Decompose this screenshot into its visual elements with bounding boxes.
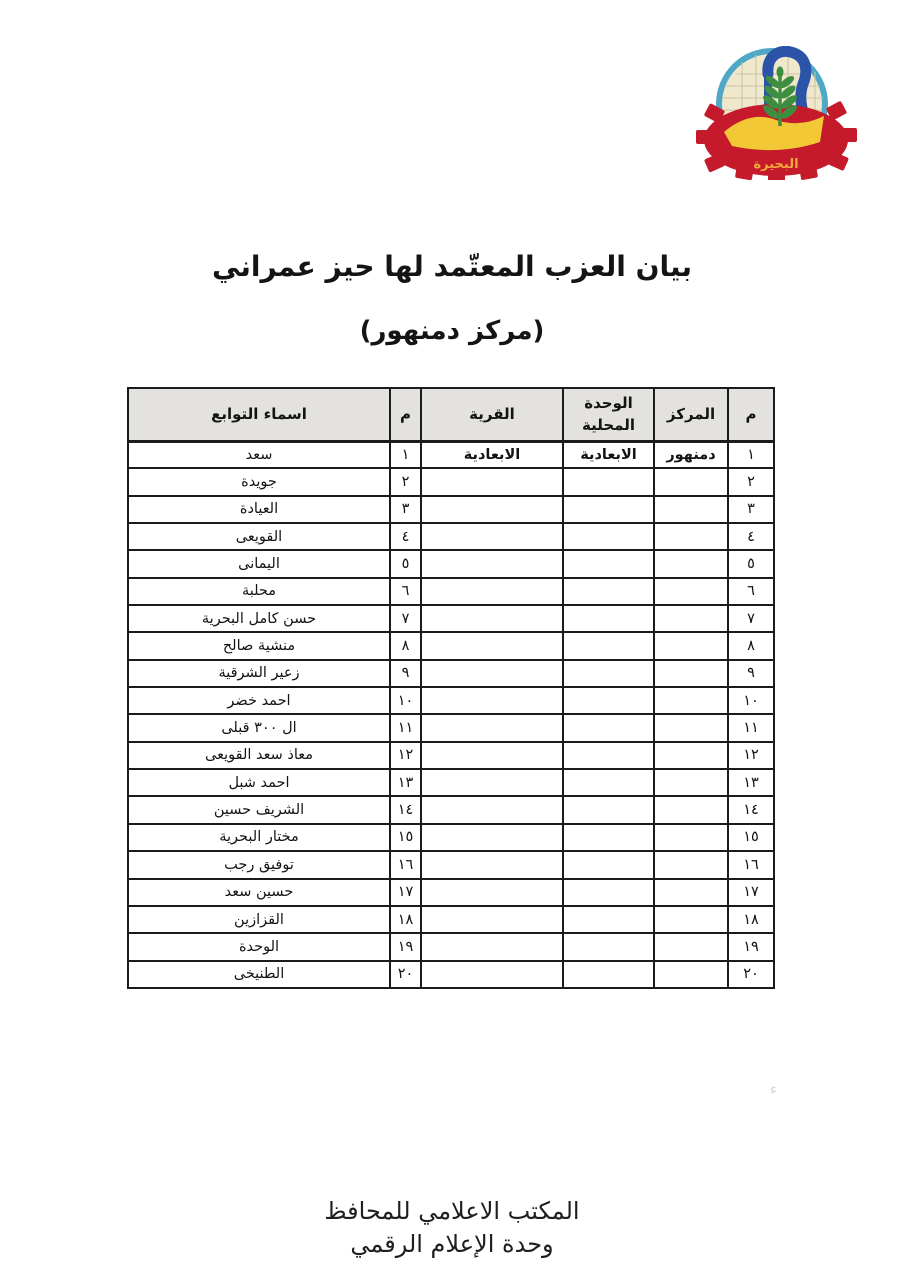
cell-number-2: ٢ [390, 468, 421, 495]
cell-village [421, 496, 563, 523]
table-row: ٣ ٣ العيادة [128, 496, 774, 523]
cell-local-unit [563, 879, 654, 906]
cell-village [421, 933, 563, 960]
cell-center [654, 632, 728, 659]
cell-center [654, 796, 728, 823]
cell-number: ١٩ [728, 933, 774, 960]
table-row: ٦ ٦ محلبة [128, 578, 774, 605]
cell-center [654, 523, 728, 550]
cell-local-unit [563, 632, 654, 659]
document-subtitle: (مركز دمنهور) [0, 316, 904, 346]
cell-village [421, 796, 563, 823]
cell-center [654, 714, 728, 741]
cell-village [421, 687, 563, 714]
table-row: ١ دمنهور الابعادية الابعادية ١ سعد [128, 441, 774, 468]
cell-number: ١٨ [728, 906, 774, 933]
cell-number: ٢ [728, 468, 774, 495]
cell-local-unit [563, 851, 654, 878]
cell-center [654, 687, 728, 714]
cell-village [421, 632, 563, 659]
column-header-dependent-names: اسماء التوابع [128, 388, 390, 441]
table-row: ٢٠ ٢٠ الطنيخى [128, 961, 774, 988]
cell-number-2: ١٥ [390, 824, 421, 851]
cell-local-unit [563, 714, 654, 741]
cell-center: دمنهور [654, 441, 728, 468]
cell-dependent-name: معاذ سعد القويعى [128, 742, 390, 769]
cell-village [421, 605, 563, 632]
cell-number: ٩ [728, 660, 774, 687]
cell-center [654, 578, 728, 605]
cell-dependent-name: الطنيخى [128, 961, 390, 988]
cell-dependent-name: احمد شبل [128, 769, 390, 796]
cell-dependent-name: الوحدة [128, 933, 390, 960]
cell-center [654, 961, 728, 988]
cell-dependent-name: حسين سعد [128, 879, 390, 906]
cell-village [421, 550, 563, 577]
cell-local-unit [563, 523, 654, 550]
cell-village [421, 523, 563, 550]
cell-number: ١٣ [728, 769, 774, 796]
table-row: ١١ ١١ ال ٣٠٠ قبلى [128, 714, 774, 741]
cell-number: ٣ [728, 496, 774, 523]
table-row: ١٥ ١٥ مختار البحرية [128, 824, 774, 851]
cell-local-unit [563, 578, 654, 605]
cell-number-2: ٢٠ [390, 961, 421, 988]
table-row: ١٦ ١٦ توفيق رجب [128, 851, 774, 878]
column-header-village: القرية [421, 388, 563, 441]
cell-number-2: ١٠ [390, 687, 421, 714]
cell-local-unit [563, 824, 654, 851]
table-row: ١٩ ١٩ الوحدة [128, 933, 774, 960]
table-row: ١٠ ١٠ احمد خضر [128, 687, 774, 714]
column-header-local-unit: الوحدة المحلية [563, 388, 654, 441]
cell-village: الابعادية [421, 441, 563, 468]
column-header-number: م [728, 388, 774, 441]
cell-local-unit: الابعادية [563, 441, 654, 468]
cell-village [421, 578, 563, 605]
cell-number: ١٥ [728, 824, 774, 851]
table-row: ١٤ ١٤ الشريف حسين [128, 796, 774, 823]
cell-number-2: ١٢ [390, 742, 421, 769]
cell-dependent-name: حسن كامل البحرية [128, 605, 390, 632]
cell-number: ١١ [728, 714, 774, 741]
cell-dependent-name: ال ٣٠٠ قبلى [128, 714, 390, 741]
cell-local-unit [563, 906, 654, 933]
cell-number: ٨ [728, 632, 774, 659]
cell-number-2: ٤ [390, 523, 421, 550]
column-header-number-2: م [390, 388, 421, 441]
cell-center [654, 824, 728, 851]
table-row: ٧ ٧ حسن كامل البحرية [128, 605, 774, 632]
table-row: ٥ ٥ اليمانى [128, 550, 774, 577]
cell-village [421, 851, 563, 878]
hamlets-table-container: م المركز الوحدة المحلية القرية م اسماء ا… [127, 387, 773, 989]
cell-village [421, 742, 563, 769]
cell-number-2: ٦ [390, 578, 421, 605]
cell-number: ٢٠ [728, 961, 774, 988]
cell-number: ٥ [728, 550, 774, 577]
emblem-graphic: البحيرة [694, 46, 866, 180]
cell-village [421, 906, 563, 933]
table-row: ٩ ٩ زعير الشرقية [128, 660, 774, 687]
cell-dependent-name: القزازين [128, 906, 390, 933]
cell-local-unit [563, 660, 654, 687]
cell-local-unit [563, 687, 654, 714]
cell-number-2: ٣ [390, 496, 421, 523]
cell-dependent-name: زعير الشرقية [128, 660, 390, 687]
cell-number: ١٧ [728, 879, 774, 906]
cell-local-unit [563, 769, 654, 796]
document-title: بيان العزب المعتّمد لها حيز عمراني [0, 250, 904, 283]
cell-village [421, 660, 563, 687]
cell-number: ١٦ [728, 851, 774, 878]
cell-number: ١٢ [728, 742, 774, 769]
scan-artifact-mark: ء [770, 1080, 777, 1098]
cell-dependent-name: القويعى [128, 523, 390, 550]
cell-number: ٧ [728, 605, 774, 632]
hamlets-table: م المركز الوحدة المحلية القرية م اسماء ا… [127, 387, 775, 989]
cell-village [421, 769, 563, 796]
cell-center [654, 906, 728, 933]
cell-center [654, 468, 728, 495]
cell-local-unit [563, 961, 654, 988]
table-row: ١٣ ١٣ احمد شبل [128, 769, 774, 796]
cell-village [421, 824, 563, 851]
cell-center [654, 605, 728, 632]
cell-number: ١ [728, 441, 774, 468]
scanned-document-page: البحيرة بيان العزب المعتّمد لها حيز عمرا… [0, 0, 904, 1280]
table-row: ٤ ٤ القويعى [128, 523, 774, 550]
cell-dependent-name: جويدة [128, 468, 390, 495]
cell-number-2: ١٨ [390, 906, 421, 933]
cell-dependent-name: توفيق رجب [128, 851, 390, 878]
table-body: ١ دمنهور الابعادية الابعادية ١ سعد ٢ ٢ ج… [128, 441, 774, 988]
cell-village [421, 714, 563, 741]
table-row: ١٨ ١٨ القزازين [128, 906, 774, 933]
table-header-row: م المركز الوحدة المحلية القرية م اسماء ا… [128, 388, 774, 441]
cell-center [654, 550, 728, 577]
table-row: ١٧ ١٧ حسين سعد [128, 879, 774, 906]
cell-dependent-name: اليمانى [128, 550, 390, 577]
cell-village [421, 468, 563, 495]
cell-local-unit [563, 605, 654, 632]
cell-number: ١٤ [728, 796, 774, 823]
cell-number-2: ١٤ [390, 796, 421, 823]
cell-number-2: ١٧ [390, 879, 421, 906]
cell-number-2: ١١ [390, 714, 421, 741]
cell-dependent-name: منشية صالح [128, 632, 390, 659]
cell-center [654, 742, 728, 769]
cell-dependent-name: الشريف حسين [128, 796, 390, 823]
cell-center [654, 879, 728, 906]
footer-media-office: المكتب الاعلامي للمحافظ [0, 1197, 904, 1225]
footer-digital-media-unit: وحدة الإعلام الرقمي [0, 1230, 904, 1258]
cell-dependent-name: العيادة [128, 496, 390, 523]
cell-local-unit [563, 742, 654, 769]
beheira-governorate-logo-icon: البحيرة [694, 46, 866, 180]
cell-local-unit [563, 550, 654, 577]
cell-village [421, 961, 563, 988]
cell-dependent-name: مختار البحرية [128, 824, 390, 851]
cell-center [654, 660, 728, 687]
table-row: ٨ ٨ منشية صالح [128, 632, 774, 659]
cell-center [654, 933, 728, 960]
cell-local-unit [563, 796, 654, 823]
table-row: ١٢ ١٢ معاذ سعد القويعى [128, 742, 774, 769]
cell-dependent-name: احمد خضر [128, 687, 390, 714]
cell-number-2: ١٦ [390, 851, 421, 878]
cell-number-2: ٩ [390, 660, 421, 687]
cell-number-2: ١٣ [390, 769, 421, 796]
cell-dependent-name: محلبة [128, 578, 390, 605]
cell-number-2: ١ [390, 441, 421, 468]
cell-number: ٤ [728, 523, 774, 550]
logo-label: البحيرة [753, 157, 798, 172]
cell-number-2: ٥ [390, 550, 421, 577]
cell-local-unit [563, 468, 654, 495]
cell-number: ٦ [728, 578, 774, 605]
cell-number-2: ٨ [390, 632, 421, 659]
cell-number-2: ١٩ [390, 933, 421, 960]
cell-center [654, 496, 728, 523]
table-row: ٢ ٢ جويدة [128, 468, 774, 495]
cell-center [654, 851, 728, 878]
cell-village [421, 879, 563, 906]
cell-number-2: ٧ [390, 605, 421, 632]
cell-dependent-name: سعد [128, 441, 390, 468]
cell-number: ١٠ [728, 687, 774, 714]
cell-local-unit [563, 496, 654, 523]
column-header-center: المركز [654, 388, 728, 441]
cell-center [654, 769, 728, 796]
cell-local-unit [563, 933, 654, 960]
